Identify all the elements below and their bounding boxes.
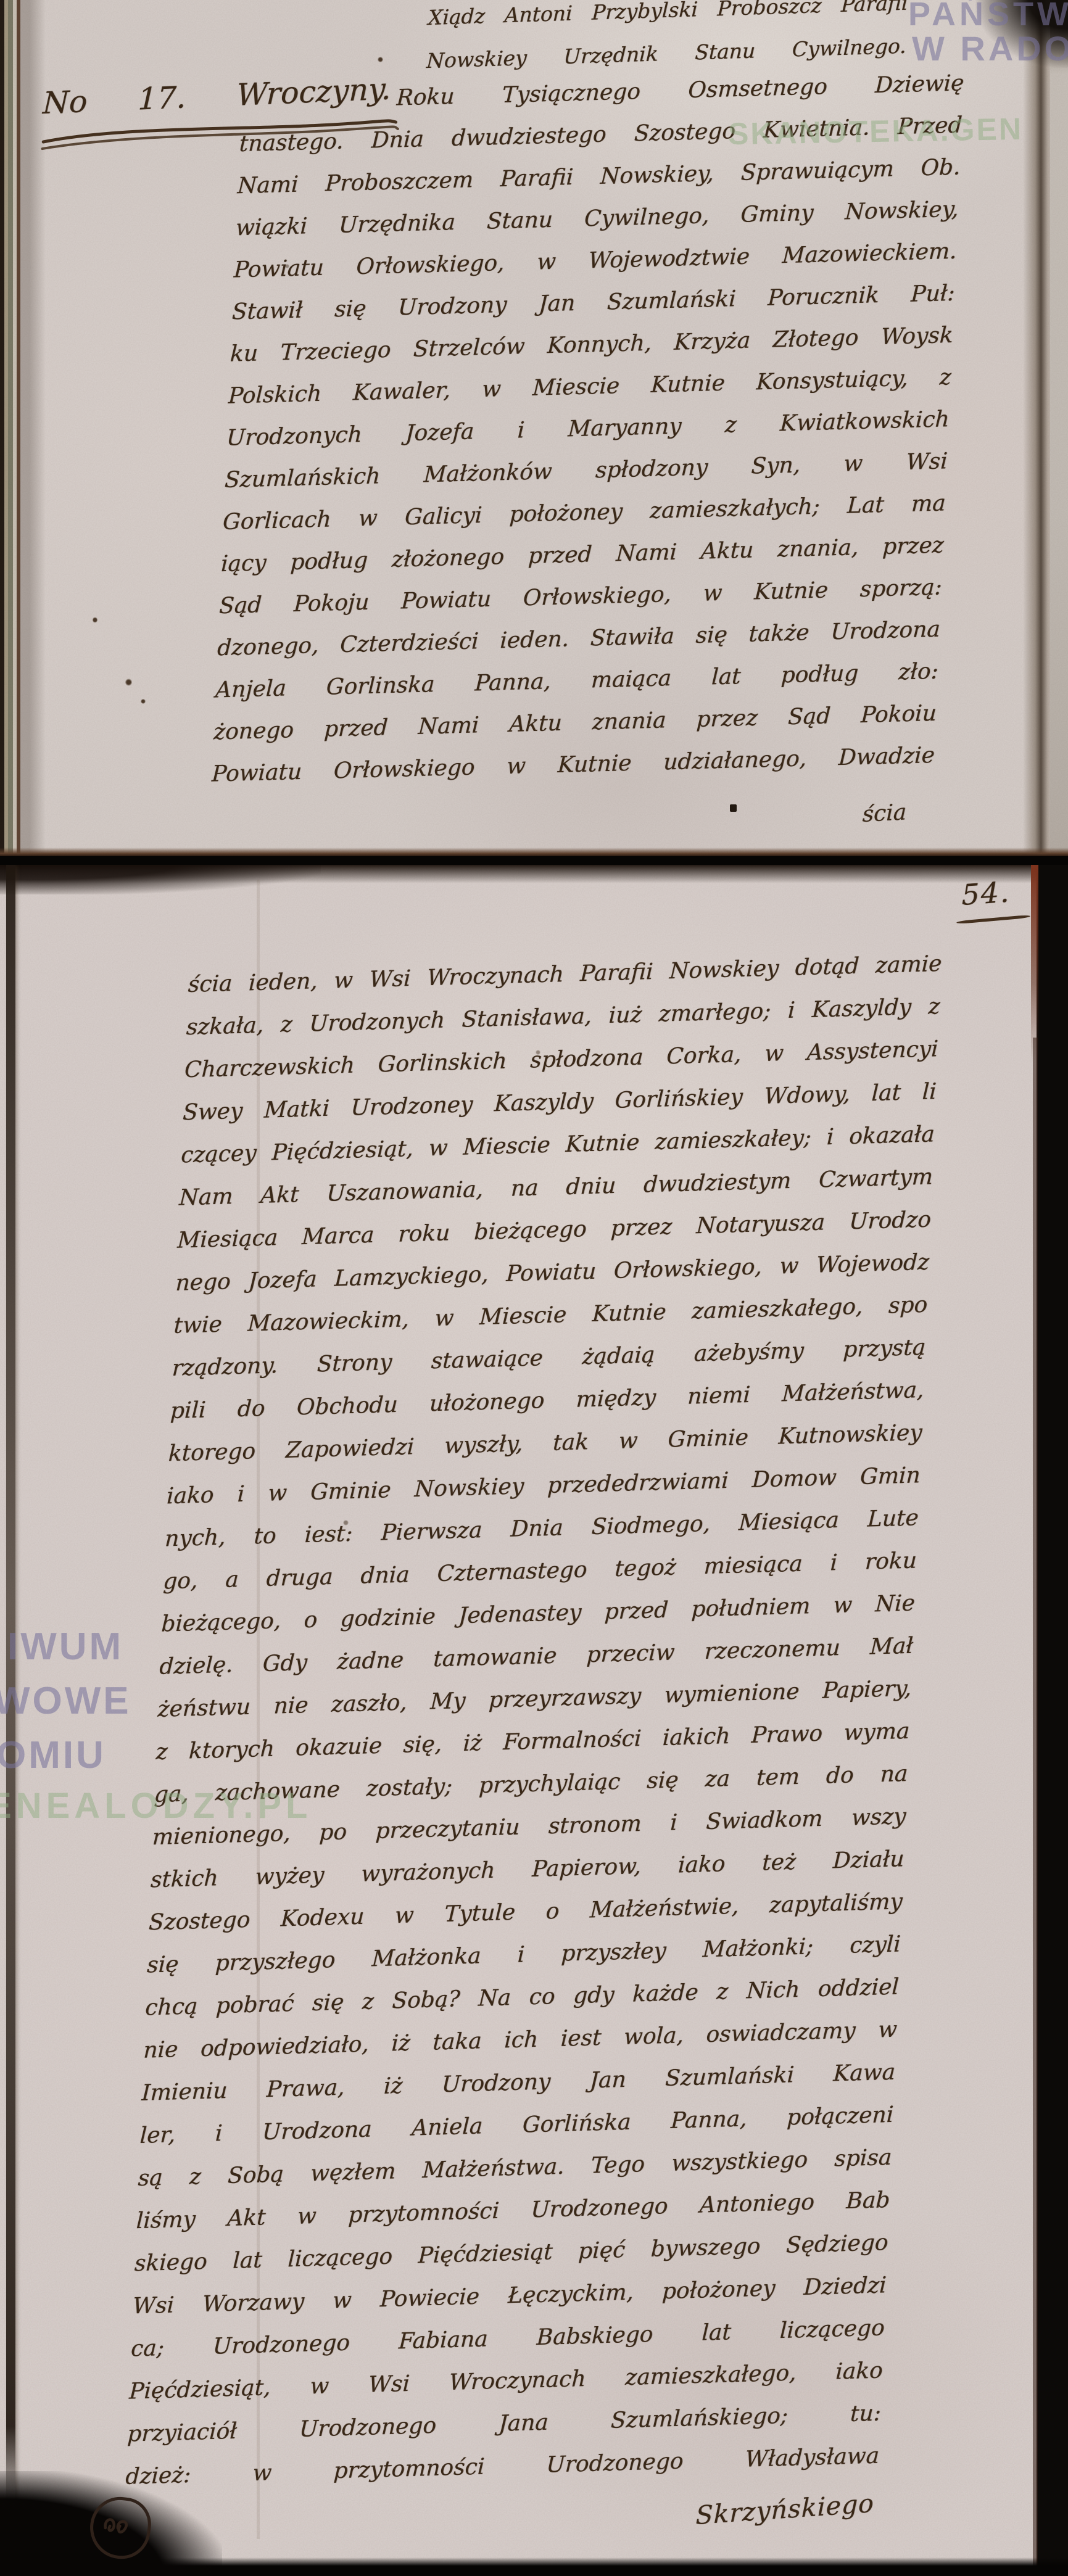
page-separator-gap <box>0 856 1068 865</box>
watermark-archive-left-line1: IWUM <box>7 1625 123 1669</box>
paper-speck <box>93 617 97 623</box>
paper-speck <box>141 699 146 704</box>
signature-witness-name: Skrzyńskiego <box>695 2488 874 2530</box>
watermark-archive-left-line3: OMIU <box>0 1733 106 1777</box>
page1-adjacent-page-edge <box>1050 0 1068 856</box>
paper-speck <box>378 57 383 62</box>
page-2: 54. ścia ieden, w Wsi Wroczynach Parafii… <box>0 865 1068 2576</box>
watermark-skanoteka: SKANOTEKA.GEN <box>728 111 1024 152</box>
paper-speck <box>536 1050 540 1055</box>
record-body-lines-page2: ścia ieden, w Wsi Wroczynach Parafii Now… <box>125 947 943 2503</box>
page1-bottom-edge-shadow <box>0 848 1068 856</box>
watermark-archive-name-top-line2: W RADO <box>912 28 1068 68</box>
paper-speck <box>285 264 289 268</box>
paper-speck <box>125 679 132 686</box>
page2-right-edge-shadow <box>1033 1038 1038 2576</box>
watermark-genealodzy: ENEALODZY.PL <box>0 1785 312 1827</box>
page-1: Xiądz Antoni Przybylski Proboszcz Parafi… <box>0 0 1068 856</box>
watermark-archive-left-line2: WOWE <box>0 1679 131 1723</box>
catchword: ścia <box>862 799 906 827</box>
page2-right-red-page-edge <box>1031 865 1038 1062</box>
record-body-lines-page1: Roku Tysiącznego Osmsetnego Dziewiętnast… <box>210 67 964 800</box>
seal-squiggle-icon <box>97 2506 139 2543</box>
register-book-scan: Xiądz Antoni Przybylski Proboszcz Parafi… <box>0 0 1068 2576</box>
page2-right-black-background <box>1037 865 1068 2576</box>
ink-blot <box>730 804 737 812</box>
page2-top-left-shadow <box>0 865 321 894</box>
page-number: 54. <box>961 875 1011 912</box>
paper-speck <box>343 1520 349 1525</box>
page1-left-binding-edge <box>0 0 46 856</box>
page-number-underline <box>956 915 1030 924</box>
